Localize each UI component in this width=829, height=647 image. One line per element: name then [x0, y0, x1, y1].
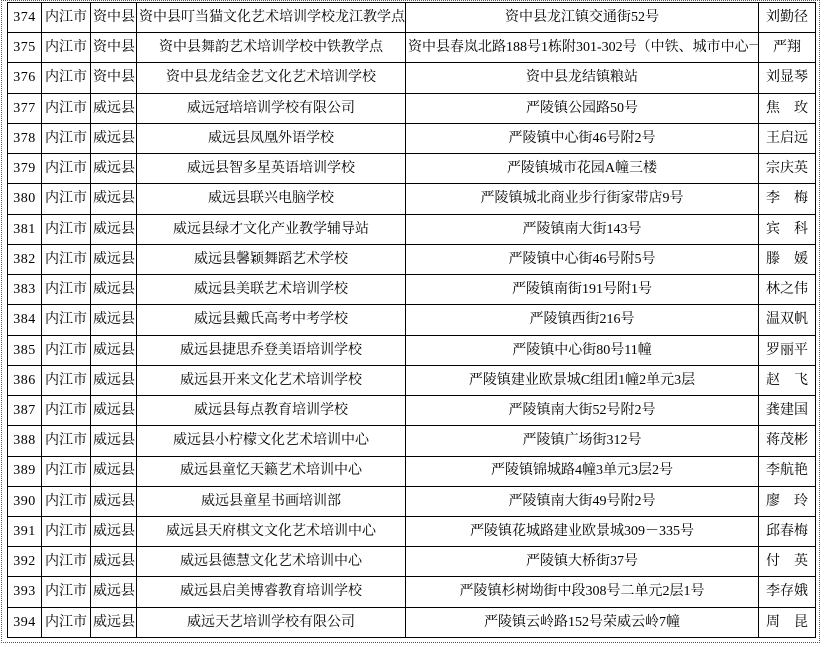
address-cell: 严陵镇中心街46号附5号	[406, 244, 759, 274]
school-name-cell: 威远县启美博睿教育培训学校	[137, 577, 406, 607]
school-name-cell: 威远县每点教育培训学校	[137, 396, 406, 426]
city-cell: 内江市	[42, 426, 91, 456]
school-name-cell: 威远县绿才文化产业教学辅导站	[137, 214, 406, 244]
county-cell: 资中县	[91, 63, 137, 93]
table-row: 386 内江市 威远县 威远县开来文化艺术培训学校 严陵镇建业欧景城C组团1幢2…	[8, 365, 816, 395]
row-number-cell: 380	[8, 184, 42, 214]
table-row: 392 内江市 威远县 威远县德慧文化艺术培训中心 严陵镇大桥街37号 付 英	[8, 547, 816, 577]
county-cell: 威远县	[91, 577, 137, 607]
county-cell: 威远县	[91, 305, 137, 335]
row-number-cell: 390	[8, 486, 42, 516]
table-row: 382 内江市 威远县 威远县馨颖舞蹈艺术学校 严陵镇中心街46号附5号 滕 媛	[8, 244, 816, 274]
city-cell: 内江市	[42, 516, 91, 546]
person-name-cell: 付 英	[759, 547, 816, 577]
county-cell: 威远县	[91, 547, 137, 577]
county-cell: 威远县	[91, 365, 137, 395]
city-cell: 内江市	[42, 3, 91, 33]
training-schools-table: 374 内江市 资中县 资中县叮当猫文化艺术培训学校龙江教学点 资中县龙江镇交通…	[7, 2, 816, 638]
row-number-cell: 384	[8, 305, 42, 335]
city-cell: 内江市	[42, 607, 91, 637]
city-cell: 内江市	[42, 33, 91, 63]
person-name-cell: 赵 飞	[759, 365, 816, 395]
table-row: 377 内江市 威远县 威远冠培培训学校有限公司 严陵镇公园路50号 焦 玫	[8, 93, 816, 123]
school-name-cell: 威远县联兴电脑学校	[137, 184, 406, 214]
table-row: 387 内江市 威远县 威远县每点教育培训学校 严陵镇南大街52号附2号 龚建国	[8, 396, 816, 426]
address-cell: 严陵镇公园路50号	[406, 93, 759, 123]
table-row: 381 内江市 威远县 威远县绿才文化产业教学辅导站 严陵镇南大街143号 宾 …	[8, 214, 816, 244]
county-cell: 威远县	[91, 516, 137, 546]
person-name-cell: 李存娥	[759, 577, 816, 607]
city-cell: 内江市	[42, 154, 91, 184]
county-cell: 威远县	[91, 184, 137, 214]
person-name-cell: 廖 玲	[759, 486, 816, 516]
person-name-cell: 滕 媛	[759, 244, 816, 274]
table-row: 388 内江市 威远县 威远县小柠檬文化艺术培训中心 严陵镇广场街312号 蒋茂…	[8, 426, 816, 456]
address-cell: 严陵镇花城路建业欧景城309－335号	[406, 516, 759, 546]
school-name-cell: 资中县舞韵艺术培训学校中铁教学点	[137, 33, 406, 63]
table-row: 391 内江市 威远县 威远县天府棋文文化艺术培训中心 严陵镇花城路建业欧景城3…	[8, 516, 816, 546]
address-cell: 严陵镇中心街80号11幢	[406, 335, 759, 365]
person-name-cell: 刘显琴	[759, 63, 816, 93]
city-cell: 内江市	[42, 93, 91, 123]
school-name-cell: 威远县开来文化艺术培训学校	[137, 365, 406, 395]
school-name-cell: 威远冠培培训学校有限公司	[137, 93, 406, 123]
school-name-cell: 威远县天府棋文文化艺术培训中心	[137, 516, 406, 546]
row-number-cell: 374	[8, 3, 42, 33]
person-name-cell: 周 昆	[759, 607, 816, 637]
row-number-cell: 379	[8, 154, 42, 184]
county-cell: 威远县	[91, 607, 137, 637]
address-cell: 严陵镇云岭路152号荣威云岭7幢	[406, 607, 759, 637]
row-number-cell: 382	[8, 244, 42, 274]
table-row: 378 内江市 威远县 威远县凤凰外语学校 严陵镇中心街46号附2号 王启远	[8, 123, 816, 153]
city-cell: 内江市	[42, 396, 91, 426]
address-cell: 严陵镇城北商业步行街家带店9号	[406, 184, 759, 214]
table-row: 390 内江市 威远县 威远县童星书画培训部 严陵镇南大街49号附2号 廖 玲	[8, 486, 816, 516]
county-cell: 威远县	[91, 456, 137, 486]
address-cell: 严陵镇南街191号附1号	[406, 275, 759, 305]
table-row: 384 内江市 威远县 威远县戴氏高考中考学校 严陵镇西街216号 温双帆	[8, 305, 816, 335]
school-name-cell: 威远县凤凰外语学校	[137, 123, 406, 153]
city-cell: 内江市	[42, 305, 91, 335]
person-name-cell: 龚建国	[759, 396, 816, 426]
county-cell: 威远县	[91, 486, 137, 516]
table-row: 376 内江市 资中县 资中县龙结金艺文化艺术培训学校 资中县龙结镇粮站 刘显琴	[8, 63, 816, 93]
city-cell: 内江市	[42, 214, 91, 244]
address-cell: 严陵镇锦城路4幢3单元3层2号	[406, 456, 759, 486]
city-cell: 内江市	[42, 486, 91, 516]
address-cell: 资中县龙江镇交通街52号	[406, 3, 759, 33]
address-cell: 严陵镇南大街143号	[406, 214, 759, 244]
city-cell: 内江市	[42, 244, 91, 274]
county-cell: 威远县	[91, 244, 137, 274]
school-name-cell: 威远县童忆天籁艺术培训中心	[137, 456, 406, 486]
row-number-cell: 389	[8, 456, 42, 486]
school-name-cell: 威远县智多星英语培训学校	[137, 154, 406, 184]
county-cell: 威远县	[91, 154, 137, 184]
school-name-cell: 威远县戴氏高考中考学校	[137, 305, 406, 335]
county-cell: 资中县	[91, 33, 137, 63]
city-cell: 内江市	[42, 547, 91, 577]
row-number-cell: 387	[8, 396, 42, 426]
county-cell: 威远县	[91, 214, 137, 244]
county-cell: 资中县	[91, 3, 137, 33]
school-name-cell: 威远县小柠檬文化艺术培训中心	[137, 426, 406, 456]
person-name-cell: 宾 科	[759, 214, 816, 244]
table-row: 374 内江市 资中县 资中县叮当猫文化艺术培训学校龙江教学点 资中县龙江镇交通…	[8, 3, 816, 33]
person-name-cell: 林之伟	[759, 275, 816, 305]
school-name-cell: 威远县馨颖舞蹈艺术学校	[137, 244, 406, 274]
school-name-cell: 威远县童星书画培训部	[137, 486, 406, 516]
person-name-cell: 蒋茂彬	[759, 426, 816, 456]
address-cell: 严陵镇南大街52号附2号	[406, 396, 759, 426]
person-name-cell: 刘勤径	[759, 3, 816, 33]
address-cell: 严陵镇建业欧景城C组团1幢2单元3层	[406, 365, 759, 395]
school-name-cell: 威远县捷思乔登美语培训学校	[137, 335, 406, 365]
city-cell: 内江市	[42, 63, 91, 93]
row-number-cell: 383	[8, 275, 42, 305]
city-cell: 内江市	[42, 456, 91, 486]
row-number-cell: 376	[8, 63, 42, 93]
school-name-cell: 资中县叮当猫文化艺术培训学校龙江教学点	[137, 3, 406, 33]
row-number-cell: 388	[8, 426, 42, 456]
city-cell: 内江市	[42, 275, 91, 305]
school-name-cell: 威远天艺培训学校有限公司	[137, 607, 406, 637]
county-cell: 威远县	[91, 275, 137, 305]
address-cell: 严陵镇广场街312号	[406, 426, 759, 456]
city-cell: 内江市	[42, 123, 91, 153]
school-name-cell: 威远县美联艺术培训学校	[137, 275, 406, 305]
person-name-cell: 李 梅	[759, 184, 816, 214]
address-cell: 严陵镇大桥街37号	[406, 547, 759, 577]
address-cell: 资中县春岚北路188号1栋附301-302号（中铁、城市中心一期）	[406, 33, 759, 63]
city-cell: 内江市	[42, 577, 91, 607]
address-cell: 严陵镇西街216号	[406, 305, 759, 335]
table-row: 375 内江市 资中县 资中县舞韵艺术培训学校中铁教学点 资中县春岚北路188号…	[8, 33, 816, 63]
city-cell: 内江市	[42, 184, 91, 214]
county-cell: 威远县	[91, 396, 137, 426]
row-number-cell: 386	[8, 365, 42, 395]
address-cell: 严陵镇城市花园A幢三楼	[406, 154, 759, 184]
person-name-cell: 严翔	[759, 33, 816, 63]
row-number-cell: 378	[8, 123, 42, 153]
table-row: 385 内江市 威远县 威远县捷思乔登美语培训学校 严陵镇中心街80号11幢 罗…	[8, 335, 816, 365]
address-cell: 严陵镇南大街49号附2号	[406, 486, 759, 516]
row-number-cell: 375	[8, 33, 42, 63]
address-cell: 严陵镇杉树坳街中段308号二单元2层1号	[406, 577, 759, 607]
person-name-cell: 王启远	[759, 123, 816, 153]
table-row: 380 内江市 威远县 威远县联兴电脑学校 严陵镇城北商业步行街家带店9号 李 …	[8, 184, 816, 214]
table-row: 379 内江市 威远县 威远县智多星英语培训学校 严陵镇城市花园A幢三楼 宗庆英	[8, 154, 816, 184]
person-name-cell: 焦 玫	[759, 93, 816, 123]
city-cell: 内江市	[42, 365, 91, 395]
row-number-cell: 385	[8, 335, 42, 365]
address-cell: 严陵镇中心街46号附2号	[406, 123, 759, 153]
school-name-cell: 威远县德慧文化艺术培训中心	[137, 547, 406, 577]
city-cell: 内江市	[42, 335, 91, 365]
person-name-cell: 邱春梅	[759, 516, 816, 546]
person-name-cell: 罗丽平	[759, 335, 816, 365]
table-row: 394 内江市 威远县 威远天艺培训学校有限公司 严陵镇云岭路152号荣威云岭7…	[8, 607, 816, 637]
row-number-cell: 393	[8, 577, 42, 607]
county-cell: 威远县	[91, 335, 137, 365]
county-cell: 威远县	[91, 426, 137, 456]
row-number-cell: 381	[8, 214, 42, 244]
county-cell: 威远县	[91, 123, 137, 153]
person-name-cell: 宗庆英	[759, 154, 816, 184]
row-number-cell: 391	[8, 516, 42, 546]
school-name-cell: 资中县龙结金艺文化艺术培训学校	[137, 63, 406, 93]
person-name-cell: 李航艳	[759, 456, 816, 486]
county-cell: 威远县	[91, 93, 137, 123]
row-number-cell: 394	[8, 607, 42, 637]
person-name-cell: 温双帆	[759, 305, 816, 335]
table-row: 383 内江市 威远县 威远县美联艺术培训学校 严陵镇南街191号附1号 林之伟	[8, 275, 816, 305]
table-row: 389 内江市 威远县 威远县童忆天籁艺术培训中心 严陵镇锦城路4幢3单元3层2…	[8, 456, 816, 486]
row-number-cell: 377	[8, 93, 42, 123]
row-number-cell: 392	[8, 547, 42, 577]
address-cell: 资中县龙结镇粮站	[406, 63, 759, 93]
table-row: 393 内江市 威远县 威远县启美博睿教育培训学校 严陵镇杉树坳街中段308号二…	[8, 577, 816, 607]
